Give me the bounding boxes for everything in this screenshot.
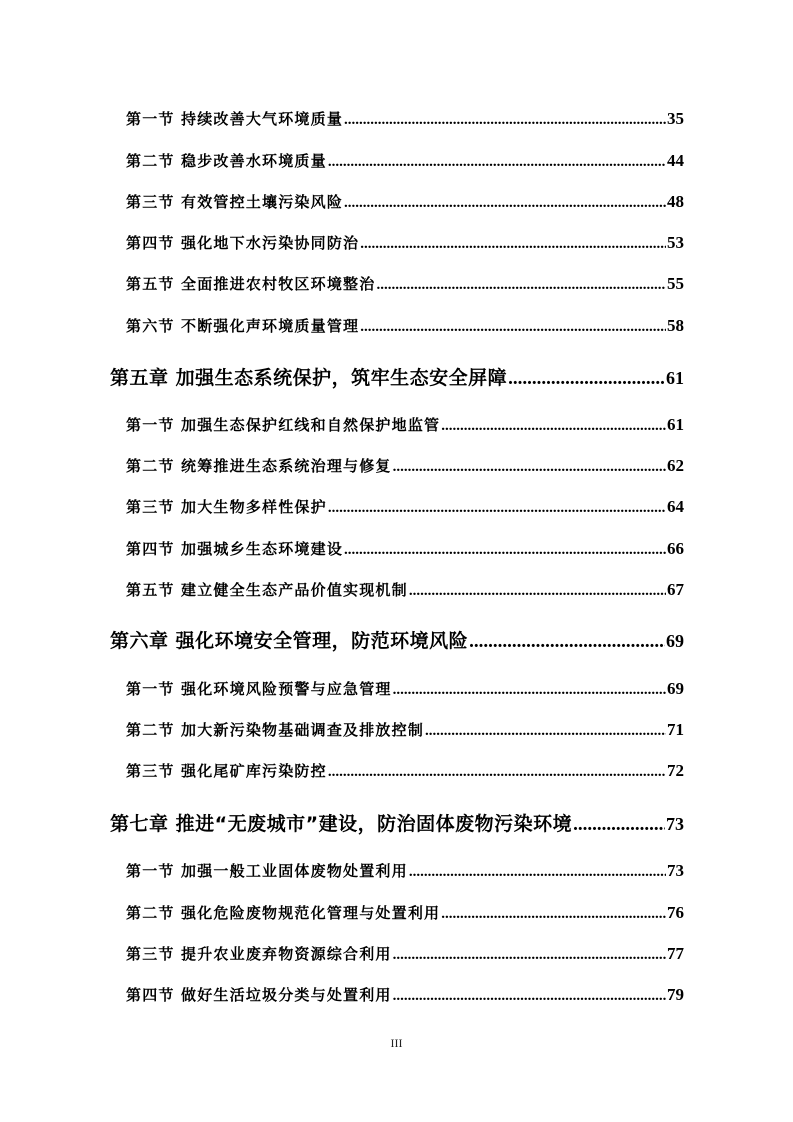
dot-leader <box>344 195 666 212</box>
toc-entry-chapter[interactable]: 第五章 加强生态系统保护，筑牢生态安全屏障 61 <box>110 363 684 390</box>
toc-entry-section[interactable]: 第二节 统筹推进生态系统治理与修复 62 <box>126 455 684 476</box>
dot-leader <box>469 631 665 653</box>
toc-entry-chapter[interactable]: 第六章 强化环境安全管理，防范环境风险 69 <box>110 626 684 653</box>
toc-entry-section[interactable]: 第五节 建立健全生态产品价值实现机制 67 <box>126 579 684 600</box>
toc-entry-section[interactable]: 第一节 加强一般工业固体废物处置利用 73 <box>126 860 684 881</box>
toc-entry-title: 第四节 做好生活垃圾分类与处置利用 <box>126 984 392 1005</box>
toc-entry-page: 77 <box>667 944 684 964</box>
toc-entry-section[interactable]: 第四节 做好生活垃圾分类与处置利用 79 <box>126 984 684 1005</box>
toc-entry-page: 61 <box>666 368 684 389</box>
dot-leader <box>328 500 666 517</box>
toc-entry-section[interactable]: 第五节 全面推进农村牧区环境整治 55 <box>126 273 684 294</box>
toc-entry-title: 第五节 全面推进农村牧区环境整治 <box>126 273 375 294</box>
toc-entry-page: 72 <box>667 761 684 781</box>
toc-entry-page: 67 <box>667 580 684 600</box>
dot-leader <box>393 988 666 1005</box>
toc-entry-title: 第一节 加强一般工业固体废物处置利用 <box>126 860 408 881</box>
dot-leader <box>360 236 666 253</box>
dot-leader <box>328 764 666 781</box>
toc-entry-section[interactable]: 第二节 强化危险废物规范化管理与处置利用 76 <box>126 902 684 923</box>
toc-entry-section[interactable]: 第一节 强化环境风险预警与应急管理 69 <box>126 678 684 699</box>
toc-entry-page: 79 <box>667 985 684 1005</box>
toc-entry-title: 第五节 建立健全生态产品价值实现机制 <box>126 579 408 600</box>
toc-entry-title: 第三节 加大生物多样性保护 <box>126 496 327 517</box>
dot-leader <box>425 723 666 740</box>
dot-leader <box>328 154 666 171</box>
toc-entry-page: 71 <box>667 720 684 740</box>
toc-entry-section[interactable]: 第三节 有效管控土壤污染风险 48 <box>126 191 684 212</box>
dot-leader <box>344 542 666 559</box>
toc-entry-page: 53 <box>667 233 684 253</box>
dot-leader <box>573 814 665 836</box>
toc-entry-title: 第二节 强化危险废物规范化管理与处置利用 <box>126 902 440 923</box>
toc-entry-section[interactable]: 第四节 加强城乡生态环境建设 66 <box>126 538 684 559</box>
dot-leader <box>409 864 666 881</box>
toc-entry-section[interactable]: 第一节 加强生态保护红线和自然保护地监管 61 <box>126 414 684 435</box>
toc-entry-page: 44 <box>667 151 684 171</box>
toc-entry-section[interactable]: 第三节 加大生物多样性保护 64 <box>126 496 684 517</box>
dot-leader <box>409 583 666 600</box>
toc-entry-title: 第四节 加强城乡生态环境建设 <box>126 538 343 559</box>
toc-entry-title: 第二节 加大新污染物基础调查及排放控制 <box>126 719 424 740</box>
toc-entry-section[interactable]: 第六节 不断强化声环境质量管理 58 <box>126 315 684 336</box>
toc-entry-section[interactable]: 第四节 强化地下水污染协同防治 53 <box>126 232 684 253</box>
dot-leader <box>441 906 666 923</box>
toc-entry-page: 48 <box>667 192 684 212</box>
toc-entry-page: 35 <box>667 109 684 129</box>
toc-entry-page: 69 <box>666 631 684 652</box>
toc-entry-title: 第三节 强化尾矿库污染防控 <box>126 760 327 781</box>
toc-entry-section[interactable]: 第二节 稳步改善水环境质量 44 <box>126 150 684 171</box>
toc-entry-title: 第六节 不断强化声环境质量管理 <box>126 315 359 336</box>
toc-entry-title: 第一节 持续改善大气环境质量 <box>126 108 343 129</box>
toc-entry-page: 55 <box>667 274 684 294</box>
dot-leader <box>508 368 665 390</box>
toc-entry-page: 76 <box>667 903 684 923</box>
toc-entry-title: 第二节 统筹推进生态系统治理与修复 <box>126 455 392 476</box>
page-number-footer: III <box>0 1036 793 1051</box>
toc-entry-page: 73 <box>666 814 684 835</box>
toc-entry-page: 69 <box>667 679 684 699</box>
toc-entry-page: 62 <box>667 456 684 476</box>
toc-entry-section[interactable]: 第三节 提升农业废弃物资源综合利用 77 <box>126 943 684 964</box>
toc-entry-section[interactable]: 第三节 强化尾矿库污染防控 72 <box>126 760 684 781</box>
toc-entry-section[interactable]: 第一节 持续改善大气环境质量 35 <box>126 108 684 129</box>
toc-entry-title: 第四节 强化地下水污染协同防治 <box>126 232 359 253</box>
toc-entry-page: 73 <box>667 861 684 881</box>
dot-leader <box>393 459 666 476</box>
toc-entry-chapter[interactable]: 第七章 推进“无废城市”建设，防治固体废物污染环境 73 <box>110 809 684 836</box>
toc-entry-title: 第五章 加强生态系统保护，筑牢生态安全屏障 <box>110 363 507 390</box>
toc-entry-page: 61 <box>667 415 684 435</box>
dot-leader <box>376 277 666 294</box>
dot-leader <box>360 319 666 336</box>
dot-leader <box>441 418 666 435</box>
toc-entry-page: 58 <box>667 316 684 336</box>
toc-entry-title: 第六章 强化环境安全管理，防范环境风险 <box>110 626 468 653</box>
toc-entry-title: 第一节 强化环境风险预警与应急管理 <box>126 678 392 699</box>
toc-entry-title: 第七章 推进“无废城市”建设，防治固体废物污染环境 <box>110 809 572 836</box>
dot-leader <box>393 682 666 699</box>
toc-entry-title: 第三节 有效管控土壤污染风险 <box>126 191 343 212</box>
toc-entry-title: 第一节 加强生态保护红线和自然保护地监管 <box>126 414 440 435</box>
dot-leader <box>344 112 666 129</box>
toc-entry-page: 64 <box>667 497 684 517</box>
toc-entry-title: 第三节 提升农业废弃物资源综合利用 <box>126 943 392 964</box>
dot-leader <box>393 947 666 964</box>
toc-entry-section[interactable]: 第二节 加大新污染物基础调查及排放控制 71 <box>126 719 684 740</box>
toc-entry-page: 66 <box>667 539 684 559</box>
toc-entry-title: 第二节 稳步改善水环境质量 <box>126 150 327 171</box>
